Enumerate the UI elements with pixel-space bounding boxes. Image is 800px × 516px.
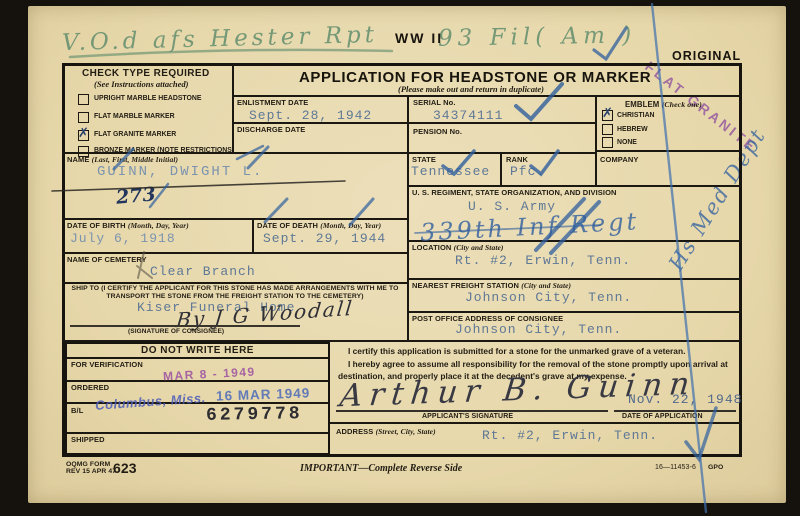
scanned-form-page: V.O.d afs Hester Rpt 93 Fil( Am ) WW II …: [0, 0, 800, 516]
divider: [500, 152, 502, 185]
divider: [62, 252, 407, 254]
divider: [407, 311, 742, 313]
emblem-option-label: NONE: [617, 139, 637, 146]
emblem-option-label: HEBREW: [617, 126, 648, 133]
application-date-label: DATE OF APPLICATION: [622, 413, 703, 420]
address-value: Rt. #2, Erwin, Tenn.: [482, 428, 658, 443]
form-id-line1: OQMG FORM: [66, 461, 110, 468]
post-office-value: Johnson City, Tenn.: [455, 322, 622, 337]
enlistment-date-label: ENLISTMENT DATE: [237, 98, 308, 107]
date-of-birth-value: July 6, 1918: [70, 231, 176, 246]
certification-line1: I certify this application is submitted …: [338, 346, 734, 356]
ww2-stamp: WW II: [395, 30, 443, 46]
serial-no-value: 34374111: [433, 108, 503, 123]
handwritten-note-top-right: 93 Fil( Am ): [438, 22, 637, 51]
serial-no-label: SERIAL No.: [413, 98, 456, 107]
bl-number-stamp: 6279778: [206, 404, 303, 426]
name-row-number: 273: [115, 183, 156, 208]
row-for-verification: FOR VERIFICATION: [71, 360, 143, 369]
regiment-label: U. S. REGIMENT, STATE ORGANIZATION, AND …: [412, 188, 617, 197]
divider: [232, 63, 234, 152]
row-bl: B/L: [71, 406, 83, 415]
location-value: Rt. #2, Erwin, Tenn.: [455, 253, 631, 268]
checkbox-none: [602, 137, 613, 148]
divider: [67, 432, 328, 434]
check-type-subtitle: (See Instructions attached): [94, 79, 188, 89]
footer-important: IMPORTANT—Complete Reverse Side: [300, 463, 462, 474]
date-of-death-value: Sept. 29, 1944: [263, 231, 386, 246]
freight-station-value: Johnson City, Tenn.: [465, 290, 632, 305]
form-subtitle: (Please make out and return in duplicate…: [398, 84, 544, 94]
cemetery-label: NAME OF CEMETERY: [67, 255, 147, 264]
checkbox-hebrew: [602, 124, 613, 135]
applicant-signature-label: APPLICANT'S SIGNATURE: [422, 413, 513, 420]
divider: [595, 150, 742, 152]
divider: [62, 218, 407, 220]
rank-label: RANK: [506, 155, 528, 164]
signature-underline: [336, 410, 608, 412]
checkbox-label: FLAT GRANITE MARKER: [94, 131, 176, 138]
company-label: COMPANY: [600, 155, 638, 164]
freight-station-label: NEAREST FREIGHT STATION (City and State): [412, 281, 571, 290]
do-not-write-title: DO NOT WRITE HERE: [65, 345, 330, 356]
divider: [407, 278, 742, 280]
divider: [67, 357, 328, 359]
gpo-label: GPO: [708, 464, 723, 471]
state-value: Tennessee: [411, 164, 490, 179]
date-underline: [614, 410, 736, 412]
checkbox-christian: [602, 110, 613, 121]
divider: [407, 95, 409, 340]
print-code: 16—11453-6: [655, 464, 696, 471]
divider: [407, 185, 742, 187]
enlistment-date-value: Sept. 28, 1942: [249, 108, 372, 123]
consignee-signature-line: [70, 325, 300, 327]
state-label: STATE: [412, 155, 436, 164]
checkbox-upright-marble: [78, 94, 89, 105]
emblem-label: EMBLEM (Check one): [625, 100, 702, 109]
row-ordered: ORDERED: [71, 383, 109, 392]
location-label: LOCATION (City and State): [412, 243, 504, 252]
form-id-line2: REV 15 APR 47: [66, 468, 116, 475]
divider: [62, 282, 407, 284]
discharge-date-label: DISCHARGE DATE: [237, 125, 305, 134]
consignee-signature-label: (SIGNATURE OF CONSIGNEE): [128, 328, 224, 335]
divider: [595, 95, 597, 185]
divider: [232, 95, 742, 97]
check-type-title: CHECK TYPE REQUIRED: [82, 68, 210, 79]
name-value: GUINN, DWIGHT L.: [97, 164, 263, 180]
checkbox-label: BRONZE MARKER (NOTE RESTRICTIONS): [94, 147, 234, 154]
checkbox-flat-marble: [78, 112, 89, 123]
rank-value: Pfc.: [510, 164, 545, 179]
application-date-value: Nov. 22, 1948: [628, 392, 742, 407]
date-of-birth-label: DATE OF BIRTH (Month, Day, Year): [67, 221, 189, 230]
emblem-option-label: CHRISTIAN: [617, 112, 655, 119]
original-label: ORIGINAL: [672, 49, 741, 63]
date-of-death-label: DATE OF DEATH (Month, Day, Year): [257, 221, 381, 230]
divider: [330, 422, 742, 424]
form-number: 623: [113, 460, 137, 476]
checkbox-label: FLAT MARBLE MARKER: [94, 113, 175, 120]
row-shipped: SHIPPED: [71, 435, 105, 444]
pension-no-label: PENSION No.: [413, 127, 462, 136]
checkbox-label: UPRIGHT MARBLE HEADSTONE: [94, 95, 201, 102]
checkbox-flat-granite: [78, 130, 89, 141]
divider: [252, 218, 254, 252]
name-label: NAME (Last, First, Middle Initial): [67, 155, 178, 164]
address-label: ADDRESS (Street, City, State): [336, 427, 436, 436]
cemetery-value: Clear Branch: [150, 264, 256, 279]
